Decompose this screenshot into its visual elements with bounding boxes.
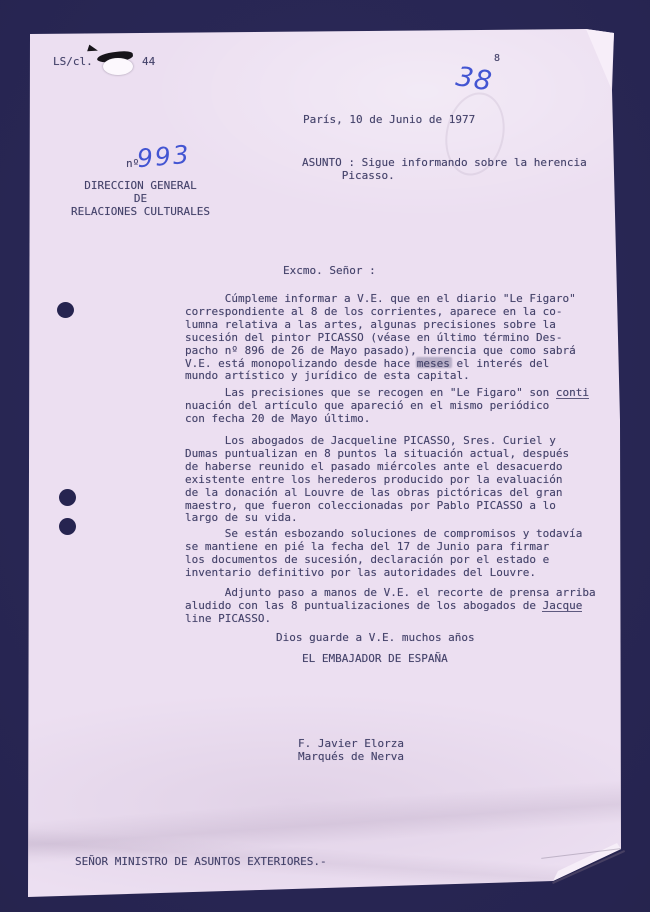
salutation: Excmo. Señor : (283, 265, 376, 278)
punch-hole (59, 489, 76, 506)
handwritten-doc-number: 993 (136, 140, 192, 174)
department-letterhead: DIRECCION GENERAL DE RELACIONES CULTURAL… (58, 180, 223, 219)
paragraph: Cúmpleme informar a V.E. que en el diari… (185, 293, 576, 383)
addressee-line: SEÑOR MINISTRO DE ASUNTOS EXTERIORES.- (75, 856, 327, 869)
reference-code: LS/cl. (53, 56, 93, 69)
overstruck-word-mark (416, 357, 452, 368)
typed-page-number: 8 (494, 53, 500, 66)
valediction: Dios guarde a V.E. muchos años (276, 632, 475, 645)
date-line: París, 10 de Junio de 1977 (303, 114, 475, 127)
punch-hole (59, 518, 76, 535)
reference-number: 44 (142, 56, 155, 69)
scanned-document-page: LS/cl. 44 8 38 París, 10 de Junio de 197… (0, 0, 650, 912)
sender-title: EL EMBAJADOR DE ESPAÑA (302, 653, 448, 666)
handwritten-page-number: 38 (454, 61, 495, 97)
paragraph: Los abogados de Jacqueline PICASSO, Sres… (185, 435, 569, 525)
paragraph: Las precisiones que se recogen en "Le Fi… (185, 387, 589, 426)
punch-hole (57, 302, 74, 318)
continuation-underline (556, 398, 589, 399)
subject-line: ASUNTO : Sigue informando sobre la heren… (302, 157, 587, 183)
continuation-underline (542, 611, 582, 612)
paragraph: Adjunto paso a manos de V.E. el recorte … (185, 587, 596, 626)
paragraph: Se están esbozando soluciones de comprom… (185, 528, 582, 580)
correction-hole (103, 58, 133, 75)
signature-block: F. Javier Elorza Marqués de Nerva (298, 738, 404, 764)
